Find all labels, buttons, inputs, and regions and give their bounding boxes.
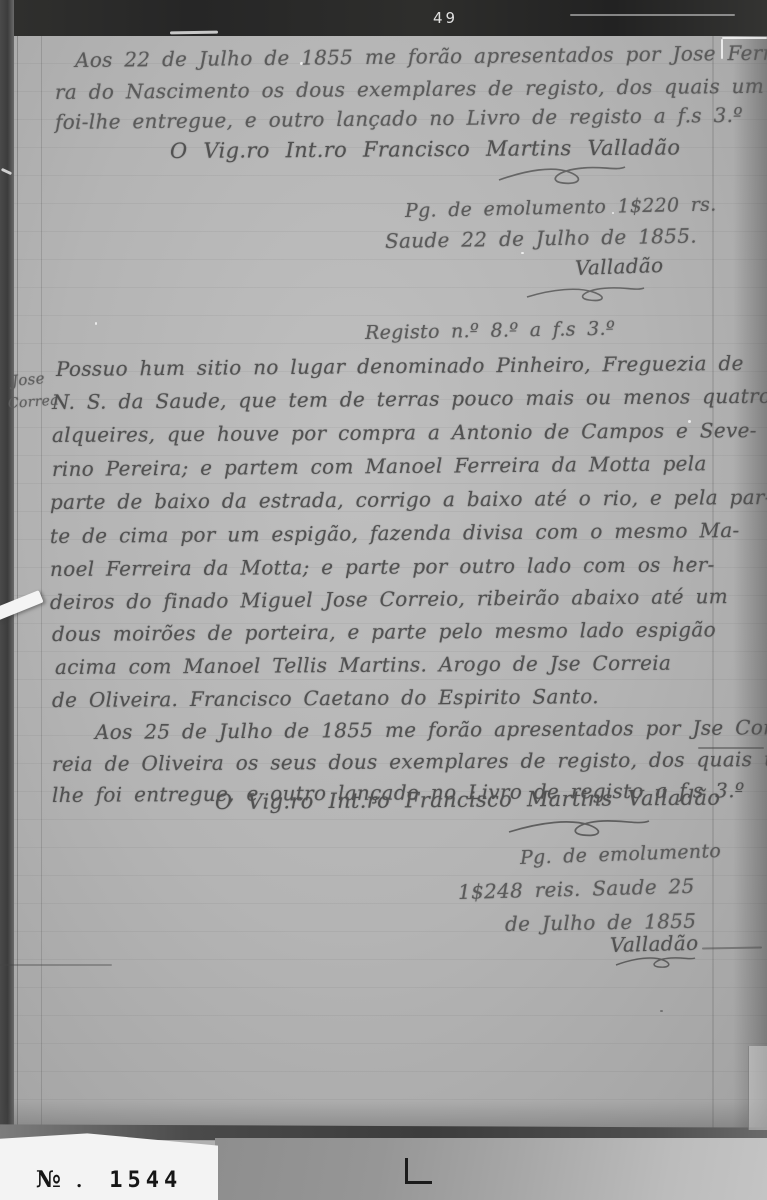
manuscript-line: alqueires, que houve por compra a Antoni… <box>52 418 757 447</box>
catalog-number-value: 1544 <box>109 1168 182 1193</box>
clerk-signature-line: Valladão <box>575 253 664 280</box>
scan-right-shade <box>733 36 767 1128</box>
manuscript-line: dous moirões de porteira, e parte pelo m… <box>52 617 716 646</box>
page-bottom-shadow <box>0 1100 767 1128</box>
signature-rubric <box>523 281 648 305</box>
scan-background-area <box>215 1138 767 1200</box>
clerk-signature-line: O Vig.ro Int.ro Francisco Martins Vallad… <box>215 786 720 814</box>
wire-mark <box>722 37 767 39</box>
archive-page-number: 49 <box>433 9 458 27</box>
scan-right-bottom-strip <box>748 1046 767 1130</box>
scratch-mark <box>570 14 735 16</box>
manuscript-line: noel Ferreira da Motta; e parte por outr… <box>50 552 715 581</box>
manuscript-line: acima com Manoel Tellis Martins. Arogo d… <box>55 651 671 679</box>
catalog-number-symbol: № <box>36 1166 62 1193</box>
scan-noise <box>660 1010 663 1012</box>
manuscript-line: Aos 25 de Julho de 1855 me forão apresen… <box>95 715 767 744</box>
catalog-number: №.1544 <box>36 1166 206 1193</box>
catalog-number-dot: . <box>76 1171 83 1192</box>
manuscript-line: de Oliveira. Francisco Caetano do Espiri… <box>52 684 599 712</box>
scan-top-band <box>0 0 767 36</box>
pen-line <box>0 964 112 966</box>
signature-rubric <box>495 158 630 188</box>
crop-registration-mark <box>405 1181 432 1184</box>
register-heading: Registo n.º 8.º a f.s 3.º <box>365 318 615 344</box>
manuscript-line: parte de baixo da estrada, corrigo a bai… <box>50 485 767 514</box>
scan-noise <box>521 252 524 254</box>
scanned-document-page: 49 Aos 22 de Julho de 1855 me forão apre… <box>0 0 767 1200</box>
pen-dash <box>698 747 764 749</box>
signature-rubric <box>613 952 698 970</box>
scan-noise <box>95 322 97 325</box>
signature-rubric <box>505 812 655 840</box>
manuscript-line: reia de Oliveira os seus dous exemplares… <box>52 747 767 776</box>
margin-annotation: Jose <box>11 369 45 390</box>
